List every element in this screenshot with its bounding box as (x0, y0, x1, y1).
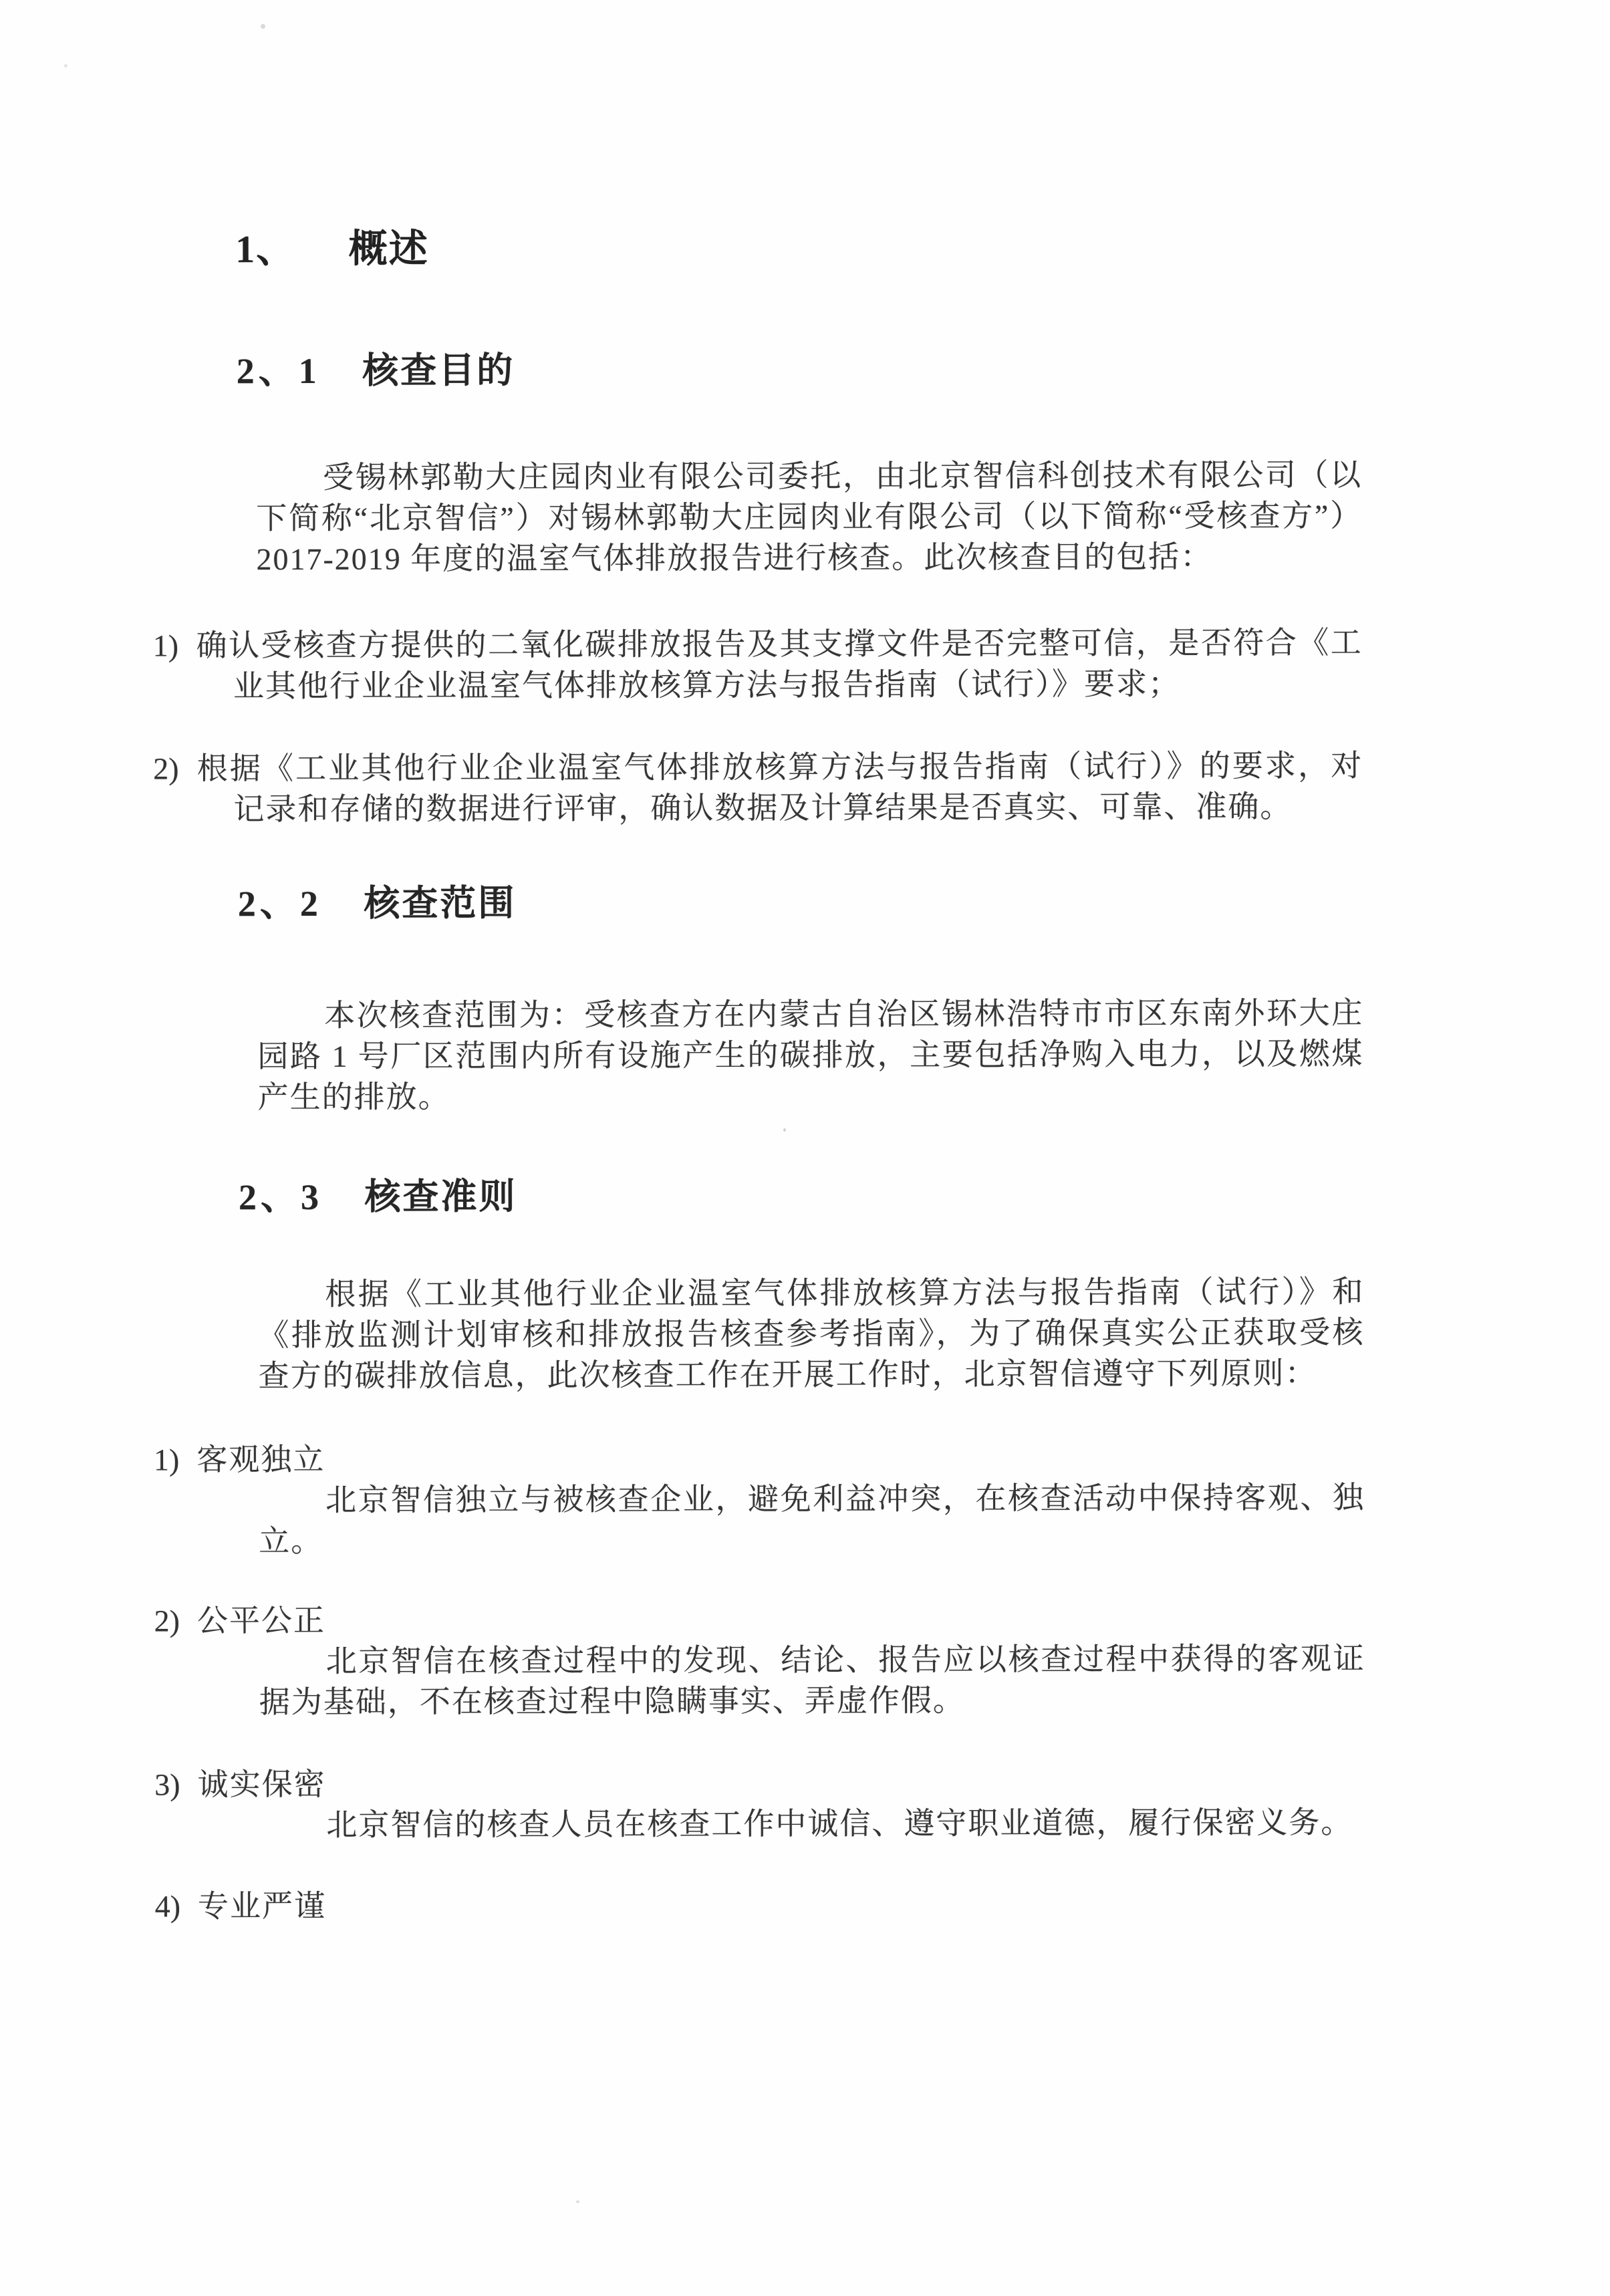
section-title: 核查目的 (362, 350, 515, 391)
principle-1-paragraph: 北京智信独立与被核查企业，避免利益冲突，在核查活动中保持客观、独立。 (259, 1477, 1365, 1561)
list-item-text: 确认受核查方提供的二氧化碳排放报告及其支撑文件是否完整可信，是否符合《工业其他行… (196, 626, 1363, 703)
chapter-number: 1、 (235, 227, 296, 271)
chapter-title: 概述 (349, 227, 429, 270)
principle-marker: 1) (154, 1442, 179, 1477)
principle-title-text: 专业严谨 (198, 1889, 326, 1924)
principle-1-title: 1)客观独立 (154, 1436, 1610, 1481)
principle-4-title: 4)专业严谨 (155, 1882, 1610, 1927)
section-verification-purpose: 2、1 核查目的 受锡林郭勒大庄园肉业有限公司委托，由北京智信科创技术有限公司（… (0, 348, 1609, 830)
list-marker: 1) (153, 628, 178, 662)
section-title: 核查准则 (364, 1176, 517, 1217)
principle-title-text: 客观独立 (196, 1442, 325, 1477)
principle-3-paragraph: 北京智信的核查人员在核查工作中诚信、遵守职业道德，履行保密义务。 (259, 1802, 1365, 1845)
section-number: 2、2 (238, 884, 322, 924)
section-number: 2、1 (237, 351, 321, 391)
section-verification-scope: 2、2 核查范围 本次核查范围为：受核查方在内蒙古自治区锡林浩特市市区东南外环大… (0, 881, 1610, 1118)
criteria-intro-paragraph: 根据《工业其他行业企业温室气体排放核算方法与报告指南（试行）》和《排放监测计划审… (258, 1271, 1364, 1396)
principle-marker: 2) (154, 1604, 180, 1638)
chapter-heading: 1、 概述 (235, 225, 1608, 270)
principle-2-paragraph: 北京智信在核查过程中的发现、结论、报告应以核查过程中获得的客观证据为基础，不在核… (259, 1638, 1365, 1723)
principle-3-title: 3)诚实保密 (154, 1761, 1610, 1805)
scan-speck (261, 24, 265, 29)
section-heading-criteria: 2、3 核查准则 (239, 1174, 1610, 1217)
section-verification-criteria: 2、3 核查准则 根据《工业其他行业企业温室气体排放核算方法与报告指南（试行）》… (1, 1174, 1610, 1927)
purpose-intro-paragraph: 受锡林郭勒大庄园肉业有限公司委托，由北京智信科创技术有限公司（以下简称“北京智信… (256, 455, 1362, 580)
list-marker: 2) (153, 751, 178, 785)
section-number: 2、3 (239, 1177, 323, 1217)
document-content: 1、 概述 2、1 核查目的 受锡林郭勒大庄园肉业有限公司委托，由北京智信科创技… (0, 0, 1610, 1927)
scan-speck (64, 64, 68, 68)
scope-paragraph: 本次核查范围为：受核查方在内蒙古自治区锡林浩特市市区东南外环大庄园路 1 号厂区… (257, 993, 1363, 1118)
principle-marker: 3) (154, 1767, 180, 1801)
purpose-list-item-1: 1)确认受核查方提供的二氧化碳排放报告及其支撑文件是否完整可信，是否符合《工业其… (153, 622, 1363, 707)
principle-title-text: 诚实保密 (197, 1767, 325, 1802)
principle-title-text: 公平公正 (197, 1604, 325, 1638)
section-heading-purpose: 2、1 核查目的 (237, 348, 1609, 390)
document-page: 1、 概述 2、1 核查目的 受锡林郭勒大庄园肉业有限公司委托，由北京智信科创技… (0, 0, 1610, 2296)
principle-marker: 4) (155, 1889, 180, 1923)
principle-2-title: 2)公平公正 (154, 1597, 1610, 1642)
purpose-list-item-2: 2)根据《工业其他行业企业温室气体排放核算方法与报告指南（试行）》的要求，对记录… (153, 745, 1363, 830)
section-heading-scope: 2、2 核查范围 (238, 881, 1610, 923)
scan-speck (783, 1128, 786, 1132)
list-item-text: 根据《工业其他行业企业温室气体排放核算方法与报告指南（试行）》的要求，对记录和存… (196, 749, 1363, 826)
scan-speck (576, 2200, 579, 2203)
section-title: 核查范围 (364, 883, 516, 924)
